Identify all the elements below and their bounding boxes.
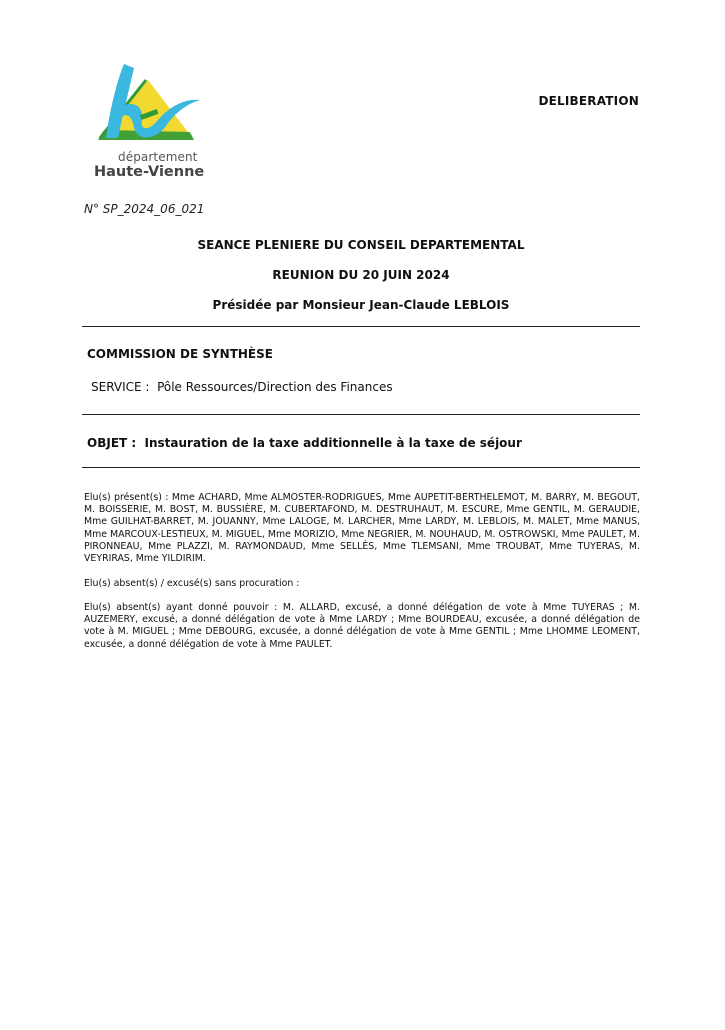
subject-line: OBJET : Instauration de la taxe addition…: [87, 436, 522, 450]
logo-text-haute-vienne: Haute-Vienne: [94, 164, 204, 180]
deliberation-number: N° SP_2024_06_021: [84, 202, 204, 216]
absent-without-proxy: Elu(s) absent(s) / excusé(s) sans procur…: [84, 578, 640, 590]
divider: [82, 467, 640, 468]
department-logo: département Haute-Vienne: [88, 58, 210, 186]
meeting-date: REUNION DU 20 JUIN 2024: [82, 268, 640, 282]
chaired-by: Présidée par Monsieur Jean-Claude LEBLOI…: [82, 298, 640, 312]
absent-with-proxy: Elu(s) absent(s) ayant donné pouvoir : M…: [84, 602, 640, 651]
service-line: SERVICE : Pôle Ressources/Direction des …: [91, 380, 393, 394]
divider: [82, 414, 640, 415]
divider: [82, 326, 640, 327]
session-title: SEANCE PLENIERE DU CONSEIL DEPARTEMENTAL: [82, 238, 640, 252]
present-members: Elu(s) présent(s) : Mme ACHARD, Mme ALMO…: [84, 492, 640, 565]
document-page: département Haute-Vienne DELIBERATION N°…: [0, 0, 725, 1030]
haute-vienne-logo-icon: [88, 58, 210, 150]
logo-text-departement: département: [118, 150, 197, 164]
document-type: DELIBERATION: [538, 94, 639, 108]
commission-name: COMMISSION DE SYNTHÈSE: [87, 347, 273, 361]
